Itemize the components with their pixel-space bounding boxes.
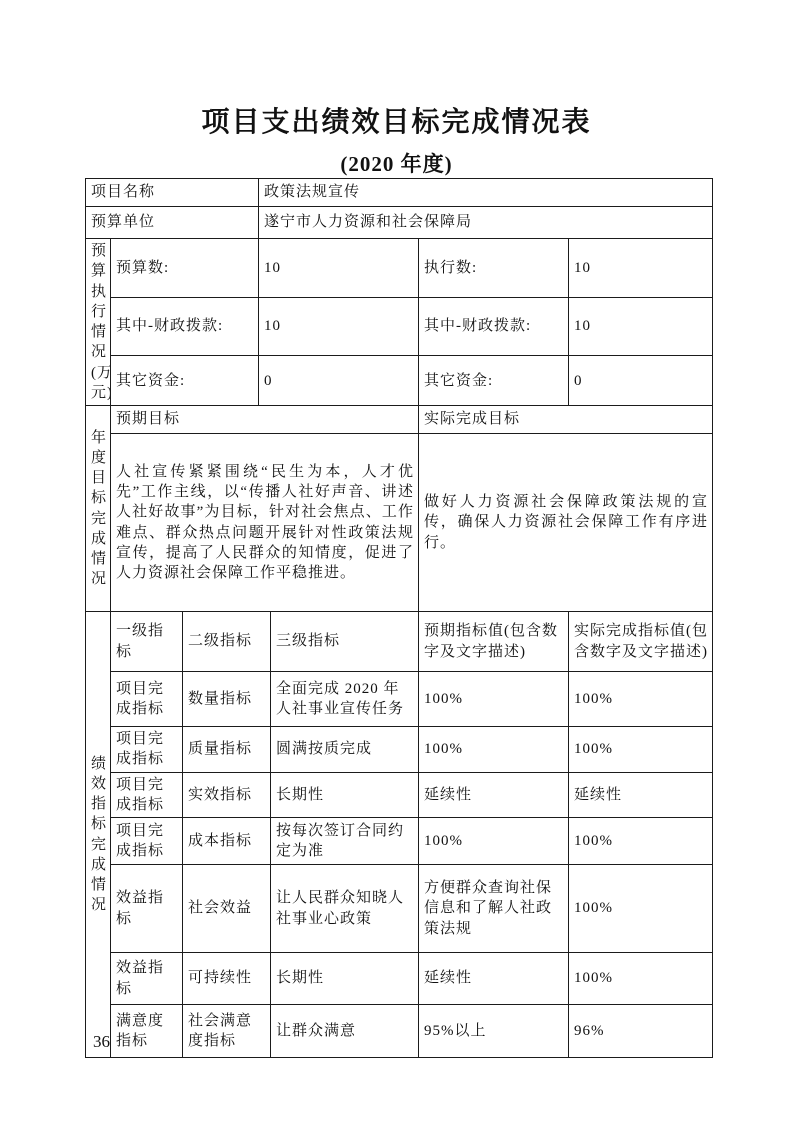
- indicator-row: 项目完成指标 质量指标 圆满按质完成 100% 100%: [86, 727, 713, 773]
- indicator-row: 效益指标 可持续性 长期性 延续性 100%: [86, 953, 713, 1005]
- indicator-actual-value: 100%: [569, 865, 713, 953]
- budget-row: 其它资金: 0 其它资金: 0: [86, 356, 713, 406]
- page-number: 36: [93, 1032, 110, 1052]
- indicator-level3: 长期性: [271, 772, 419, 818]
- budget-label: 其它资金:: [419, 356, 569, 406]
- project-name-row: 项目名称 政策法规宣传: [86, 179, 713, 207]
- indicator-level3: 长期性: [271, 953, 419, 1005]
- indicator-expected-value: 100%: [419, 672, 569, 727]
- doc-subtitle: (2020 年度): [0, 148, 793, 178]
- indicator-actual-value: 100%: [569, 727, 713, 773]
- indicator-level1: 项目完成指标: [111, 772, 183, 818]
- indicator-expected-value: 100%: [419, 727, 569, 773]
- indicator-level3: 让人民群众知晓人社事业心政策: [271, 865, 419, 953]
- indicator-actual-value: 延续性: [569, 772, 713, 818]
- indicator-header-actual: 实际完成指标值(包含数字及文字描述): [569, 612, 713, 672]
- indicator-expected-value: 95%以上: [419, 1005, 569, 1058]
- annual-goal-text-row: 人社宣传紧紧围绕“民生为本，人才优先”工作主线，以“传播人社好声音、讲述人社好故…: [86, 434, 713, 612]
- budget-label: 执行数:: [419, 239, 569, 298]
- budget-row: 其中-财政拨款: 10 其中-财政拨款: 10: [86, 297, 713, 356]
- indicator-expected-value: 延续性: [419, 953, 569, 1005]
- annual-section-label: 年度 目标 完成 情况: [86, 406, 111, 612]
- actual-goal-text: 做好人力资源社会保障政策法规的宣传，确保人力资源社会保障工作有序进行。: [419, 434, 713, 612]
- indicator-level1: 效益指标: [111, 953, 183, 1005]
- indicator-level2: 数量指标: [183, 672, 271, 727]
- budget-label: 预算数:: [111, 239, 259, 298]
- budget-value: 10: [569, 297, 713, 356]
- indicator-actual-value: 100%: [569, 672, 713, 727]
- indicator-header-level3: 三级指标: [271, 612, 419, 672]
- doc-title: 项目支出绩效目标完成情况表: [0, 100, 793, 140]
- budget-row: 预算 执行 情况 (万 元) 预算数: 10 执行数: 10: [86, 239, 713, 298]
- indicator-level2: 实效指标: [183, 772, 271, 818]
- budget-value: 10: [569, 239, 713, 298]
- document-page: 项目支出绩效目标完成情况表 (2020 年度) 项目名称 政策法规宣传 预算单位…: [0, 0, 793, 1122]
- indicator-row: 满意度指标 社会满意度指标 让群众满意 95%以上 96%: [86, 1005, 713, 1058]
- budget-label: 其它资金:: [111, 356, 259, 406]
- annual-goal-header-row: 年度 目标 完成 情况 预期目标 实际完成目标: [86, 406, 713, 434]
- budget-value: 10: [259, 239, 419, 298]
- indicator-level1: 项目完成指标: [111, 672, 183, 727]
- indicator-row: 项目完成指标 数量指标 全面完成 2020 年人社事业宣传任务 100% 100…: [86, 672, 713, 727]
- budget-value: 10: [259, 297, 419, 356]
- indicator-header-level1: 一级指标: [111, 612, 183, 672]
- budget-unit-label: 预算单位: [86, 207, 259, 239]
- indicator-level1: 项目完成指标: [111, 818, 183, 865]
- indicator-header-level2: 二级指标: [183, 612, 271, 672]
- budget-unit-value: 遂宁市人力资源和社会保障局: [259, 207, 713, 239]
- indicator-level2: 成本指标: [183, 818, 271, 865]
- budget-section-label: 预算 执行 情况 (万 元): [86, 239, 111, 406]
- indicators-section-label: 绩效 指标 完成 情况: [86, 612, 111, 1058]
- indicator-level1: 效益指标: [111, 865, 183, 953]
- indicator-header-expected: 预期指标值(包含数字及文字描述): [419, 612, 569, 672]
- indicator-level1: 项目完成指标: [111, 727, 183, 773]
- indicator-expected-value: 方便群众查询社保信息和了解人社政策法规: [419, 865, 569, 953]
- indicator-level2: 社会满意度指标: [183, 1005, 271, 1058]
- budget-value: 0: [569, 356, 713, 406]
- indicator-header-row: 绩效 指标 完成 情况 一级指标 二级指标 三级指标 预期指标值(包含数字及文字…: [86, 612, 713, 672]
- indicator-level3: 按每次签订合同约定为准: [271, 818, 419, 865]
- indicator-level2: 可持续性: [183, 953, 271, 1005]
- indicator-expected-value: 延续性: [419, 772, 569, 818]
- expected-goal-text: 人社宣传紧紧围绕“民生为本，人才优先”工作主线，以“传播人社好声音、讲述人社好故…: [111, 434, 419, 612]
- expected-goal-header: 预期目标: [111, 406, 419, 434]
- project-name-label: 项目名称: [86, 179, 259, 207]
- budget-label: 其中-财政拨款:: [419, 297, 569, 356]
- indicator-actual-value: 96%: [569, 1005, 713, 1058]
- indicator-row: 项目完成指标 实效指标 长期性 延续性 延续性: [86, 772, 713, 818]
- budget-label: 其中-财政拨款:: [111, 297, 259, 356]
- budget-value: 0: [259, 356, 419, 406]
- indicator-row: 项目完成指标 成本指标 按每次签订合同约定为准 100% 100%: [86, 818, 713, 865]
- project-name-value: 政策法规宣传: [259, 179, 713, 207]
- indicator-level3: 全面完成 2020 年人社事业宣传任务: [271, 672, 419, 727]
- indicator-level2: 社会效益: [183, 865, 271, 953]
- indicator-expected-value: 100%: [419, 818, 569, 865]
- indicator-level1: 满意度指标: [111, 1005, 183, 1058]
- budget-unit-row: 预算单位 遂宁市人力资源和社会保障局: [86, 207, 713, 239]
- indicator-level2: 质量指标: [183, 727, 271, 773]
- actual-goal-header: 实际完成目标: [419, 406, 713, 434]
- indicator-actual-value: 100%: [569, 953, 713, 1005]
- indicator-level3: 圆满按质完成: [271, 727, 419, 773]
- indicator-level3: 让群众满意: [271, 1005, 419, 1058]
- indicator-row: 效益指标 社会效益 让人民群众知晓人社事业心政策 方便群众查询社保信息和了解人社…: [86, 865, 713, 953]
- performance-report-table: 项目名称 政策法规宣传 预算单位 遂宁市人力资源和社会保障局 预算 执行 情况 …: [85, 178, 713, 1058]
- indicator-actual-value: 100%: [569, 818, 713, 865]
